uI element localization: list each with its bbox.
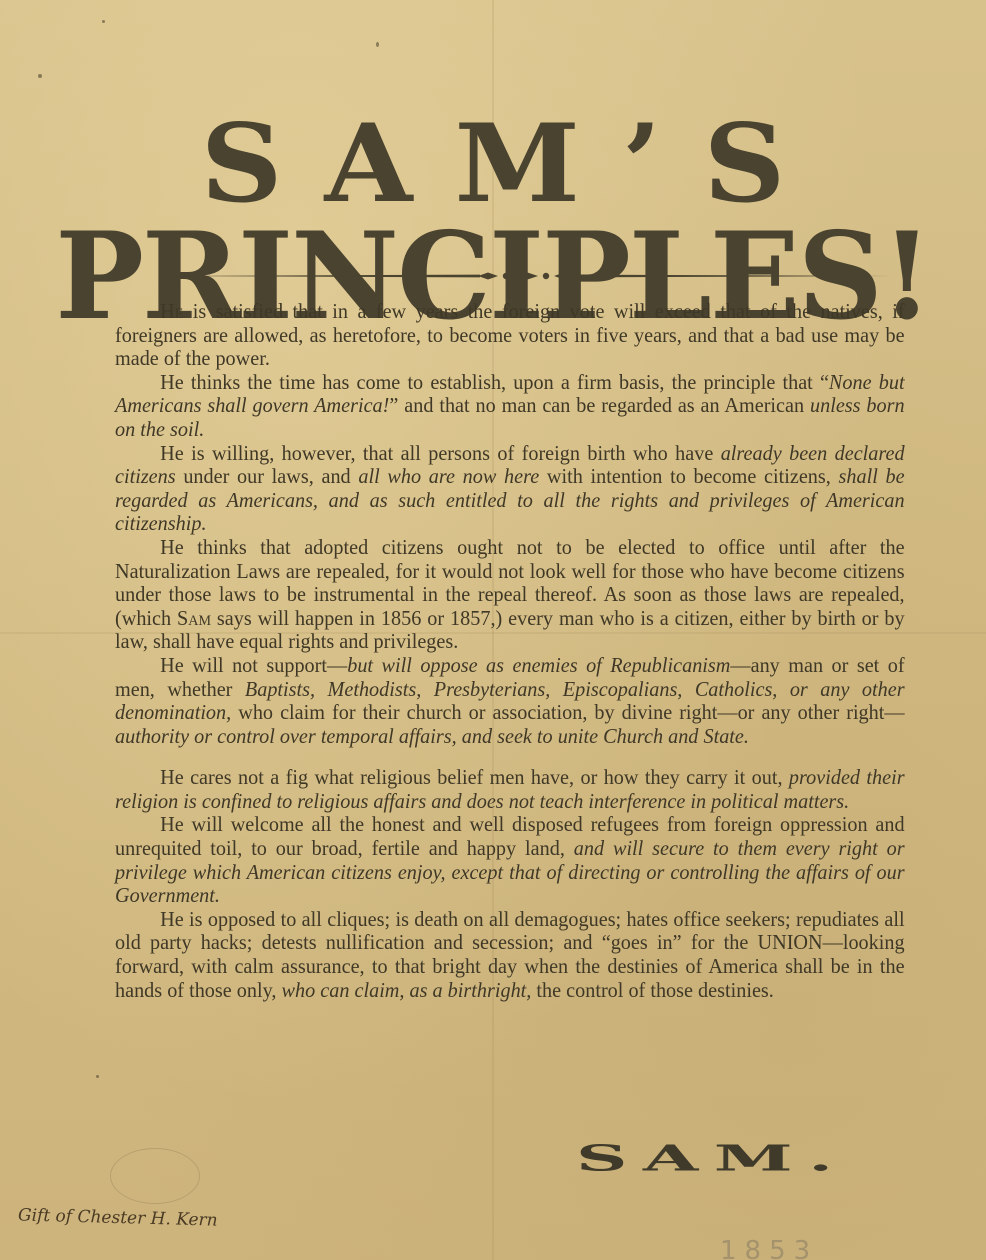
paragraph-segment: He cares not a fig what religious belief…	[160, 765, 789, 789]
ink-speck	[376, 42, 379, 47]
paragraph-segment: He	[160, 299, 183, 323]
principle-paragraph: He thinks that adopted citizens ought no…	[115, 536, 905, 654]
ink-speck	[38, 74, 42, 78]
ink-speck	[102, 20, 105, 23]
paragraph-segment: authority or control over temporal affai…	[115, 724, 749, 748]
ink-speck	[96, 1075, 99, 1078]
paragraph-segment: but will oppose as enemies of Republican…	[347, 653, 730, 677]
paragraph-segment: who can claim, as a birthright,	[282, 978, 532, 1002]
signature-sam: SAM.	[576, 1140, 849, 1176]
principle-paragraph: He is willing, however, that all persons…	[115, 442, 905, 536]
paragraph-segment: who claim for their church or associatio…	[231, 700, 904, 724]
paragraph-segment: He thinks the time has come to establish…	[160, 370, 829, 394]
paragraph-segment: Sam	[177, 606, 211, 630]
paragraph-segment: under our laws, and	[176, 464, 359, 488]
paragraph-segment: the control of those destinies.	[531, 978, 773, 1002]
principle-paragraph: He will not support—but will oppose as e…	[115, 654, 905, 748]
paragraph-segment: He is willing, however, that all persons…	[160, 441, 721, 465]
title-line-1: SAM’S	[0, 114, 986, 214]
paragraph-segment: says will happen in 1856 or 1857,) every…	[115, 606, 905, 654]
principles-body: He is satisfied that in a few years the …	[115, 300, 905, 1002]
pencil-year-note: 1853	[720, 1236, 818, 1260]
paragraph-segment: all who are now here	[358, 464, 539, 488]
principle-paragraph: He is opposed to all cliques; is death o…	[115, 908, 905, 1002]
paragraph-segment: He will not support—	[160, 653, 347, 677]
library-stamp	[110, 1148, 200, 1204]
principle-paragraph: He cares not a fig what religious belief…	[115, 766, 905, 813]
principle-paragraph: He will welcome all the honest and well …	[115, 813, 905, 907]
paragraph-segment: with intention to become citizens,	[539, 464, 838, 488]
principle-paragraph: He thinks the time has come to establish…	[115, 371, 905, 442]
ornamental-rule	[160, 272, 892, 280]
paragraph-segment: is satisfied that in a few years the for…	[115, 299, 905, 370]
paragraph-segment: ” and that no man can be regarded as an …	[389, 393, 810, 417]
principle-paragraph: He is satisfied that in a few years the …	[115, 300, 905, 371]
ornament-divider-icon	[160, 272, 892, 280]
